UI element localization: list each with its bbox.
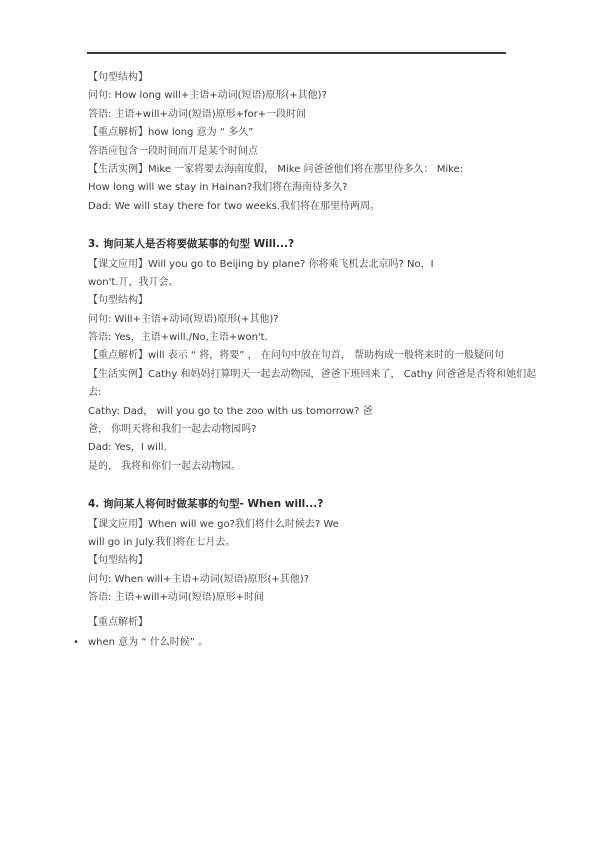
doc-line-structure-label: 【句型结构】: [88, 292, 538, 310]
doc-line-example-question: How long will we stay in Hainan?我们将在海南待多…: [88, 179, 538, 197]
doc-line-dialogue-dad: Dad: Yes，I will.: [88, 439, 538, 457]
doc-line-analysis-note: 答语应包含一段时间而丌是某个时间点: [88, 143, 538, 161]
doc-line-key-analysis: 【重点解析】will 表示 “ 将，将要” ， 在问句中放在句首， 帮助构成一般…: [88, 347, 538, 365]
doc-line-life-example-cont: 去:: [88, 384, 538, 402]
section-3-heading: 3. 询问某人是否将要做某事的句型 Will...?: [88, 235, 538, 253]
doc-line-answer-pattern: 答语: 主语+will+动词(短语)原形+时间: [88, 589, 538, 607]
doc-line-structure-label: 【句型结构】: [88, 69, 538, 87]
document-page: 【句型结构】 问句: How long will+主语+动词(短语)原形(+其他…: [0, 0, 596, 842]
doc-line-life-example: 【生活实例】Mike 一家将要去海南度假， Mike 问爸爸他们将在那里待多久：…: [88, 161, 538, 179]
doc-line-example-answer: Dad: We will stay there for two weeks.我们…: [88, 198, 538, 216]
doc-line-text-application: 【课文应用】When will we go?我们将什么时候去? We: [88, 516, 538, 534]
doc-line-question-pattern: 问句: Will+主语+动词(短语)原形(+其他)?: [88, 311, 538, 329]
bullet-text: when 意为 “ 什么时候” 。: [88, 637, 208, 648]
doc-line-key-analysis: 【重点解析】how long 意为 “ 多久”: [88, 124, 538, 142]
doc-line-question-pattern: 问句: How long will+主语+动词(短语)原形(+其他)?: [88, 87, 538, 105]
doc-line-dialogue-cathy-cont: 爸， 你明天将和我们一起去动物园吗?: [88, 421, 538, 439]
doc-line-text-application-cont: will go in July.我们将在七月去。: [88, 534, 538, 552]
doc-line-answer-pattern: 答语: Yes，主语+will./No,主语+won't.: [88, 329, 538, 347]
doc-line-structure-label: 【句型结构】: [88, 552, 538, 570]
doc-line-text-application: 【课文应用】Will you go to Beijing by plane? 你…: [88, 256, 538, 274]
horizontal-divider: [87, 52, 506, 54]
doc-line-question-pattern: 问句: When will+主语+动词(短语)原形(+其他)?: [88, 571, 538, 589]
doc-line-key-analysis-label: 【重点解析】: [88, 614, 538, 632]
doc-line-dialogue-dad-translation: 是的， 我将和你们一起去动物园。: [88, 458, 538, 476]
bullet-marker: •: [73, 634, 79, 652]
doc-line-dialogue-cathy: Cathy: Dad， will you go to the zoo with …: [88, 403, 538, 421]
doc-line-answer-pattern: 答语: 主语+will+动词(短语)原形+for+一段时间: [88, 106, 538, 124]
bullet-item: • when 意为 “ 什么时候” 。: [88, 634, 538, 652]
section-4-heading: 4. 询问某人将何时做某事的句型- When will...?: [88, 495, 538, 513]
doc-line-text-application-cont: won't.丌，我丌会。: [88, 274, 538, 292]
page-content: 【句型结构】 问句: How long will+主语+动词(短语)原形(+其他…: [88, 69, 538, 652]
doc-line-life-example: 【生活实例】Cathy 和妈妈打算明天一起去动物园，爸爸下班回来了， Cathy…: [88, 366, 538, 384]
